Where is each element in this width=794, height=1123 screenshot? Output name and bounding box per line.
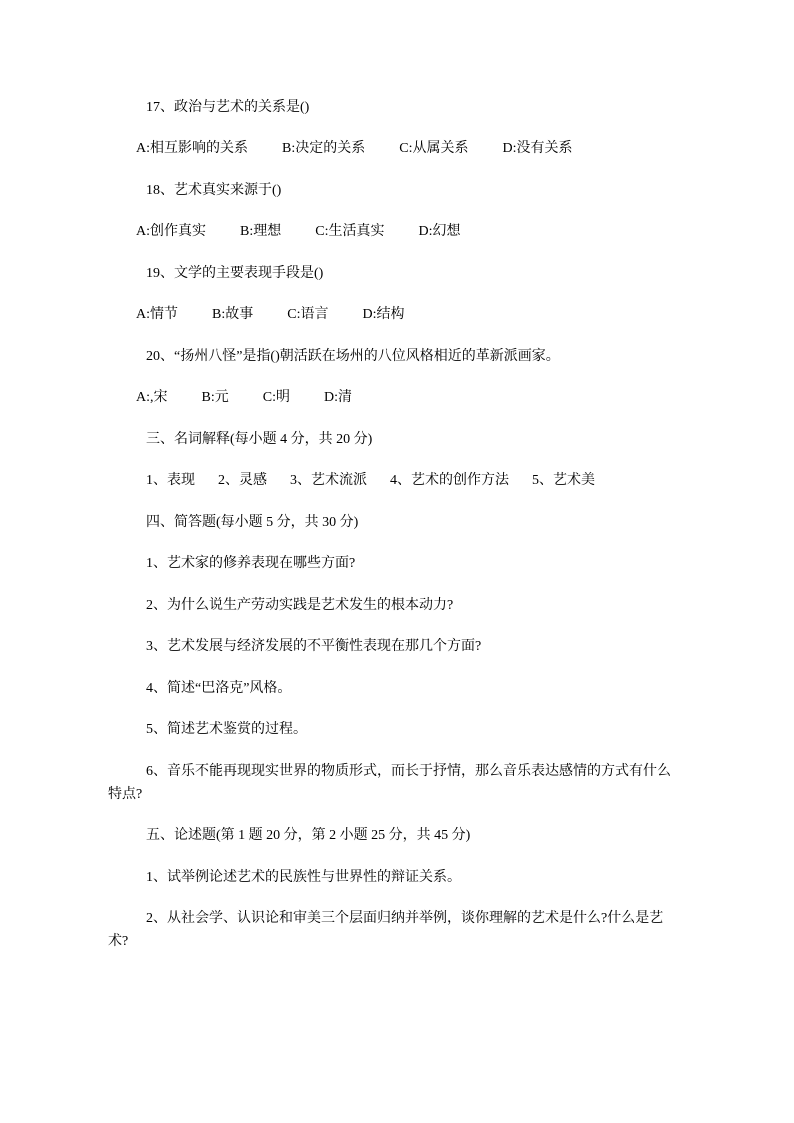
short-answer-question-1: 1、艺术家的修养表现在哪些方面? xyxy=(108,552,674,575)
mc-question-19-stem: 19、文学的主要表现手段是() xyxy=(108,262,674,285)
mc-question-17-options: A:相互影响的关系B:决定的关系C:从属关系D:没有关系 xyxy=(108,137,674,160)
short-answer-question-6: 6、音乐不能再现现实世界的物质形式，而长于抒情，那么音乐表达感情的方式有什么特点… xyxy=(108,760,674,806)
short-answer-question-5: 5、简述艺术鉴赏的过程。 xyxy=(108,718,674,741)
mc-question-20-option-d: D:清 xyxy=(324,390,352,405)
mc-question-20-option-a: A:,宋 xyxy=(136,390,168,405)
mc-question-18-option-c: C:生活真实 xyxy=(315,224,384,239)
short-answer-question-3: 3、艺术发展与经济发展的不平衡性表现在那几个方面? xyxy=(108,635,674,658)
mc-question-20-options: A:,宋B:元C:明D:清 xyxy=(108,386,674,409)
section-four-heading: 四、简答题(每小题 5 分，共 30 分) xyxy=(108,511,674,534)
section-three-terms: 1、表现2、灵感3、艺术流派4、艺术的创作方法5、艺术美 xyxy=(108,469,674,492)
term-4: 4、艺术的创作方法 xyxy=(390,473,509,488)
essay-question-1: 1、试举例论述艺术的民族性与世界性的辩证关系。 xyxy=(108,866,674,889)
mc-question-20-option-b: B:元 xyxy=(202,390,229,405)
mc-question-17-option-b: B:决定的关系 xyxy=(282,141,365,156)
mc-question-20-stem: 20、“扬州八怪”是指()朝活跃在场州的八位风格相近的革新派画家。 xyxy=(108,345,674,368)
mc-question-18-option-b: B:理想 xyxy=(240,224,281,239)
term-2: 2、灵感 xyxy=(218,473,267,488)
term-5: 5、艺术美 xyxy=(532,473,595,488)
mc-question-19-option-a: A:情节 xyxy=(136,307,178,322)
mc-question-17-option-d: D:没有关系 xyxy=(502,141,572,156)
short-answer-question-2: 2、为什么说生产劳动实践是艺术发生的根本动力? xyxy=(108,594,674,617)
mc-question-19-options: A:情节B:故事C:语言D:结构 xyxy=(108,303,674,326)
essay-question-2: 2、从社会学、认识论和审美三个层面归纳并举例，谈你理解的艺术是什么?什么是艺术? xyxy=(108,907,674,953)
mc-question-17-stem: 17、政治与艺术的关系是() xyxy=(108,96,674,119)
mc-question-19-option-c: C:语言 xyxy=(287,307,328,322)
mc-question-19-option-d: D:结构 xyxy=(362,307,404,322)
mc-question-17-option-a: A:相互影响的关系 xyxy=(136,141,248,156)
short-answer-question-4: 4、简述“巴洛克”风格。 xyxy=(108,677,674,700)
term-1: 1、表现 xyxy=(146,473,195,488)
exam-document-page: 17、政治与艺术的关系是() A:相互影响的关系B:决定的关系C:从属关系D:没… xyxy=(0,0,794,1123)
mc-question-17-option-c: C:从属关系 xyxy=(399,141,468,156)
mc-question-18-stem: 18、艺术真实来源于() xyxy=(108,179,674,202)
section-five-heading: 五、论述题(第 1 题 20 分，第 2 小题 25 分，共 45 分) xyxy=(108,824,674,847)
mc-question-18-option-d: D:幻想 xyxy=(418,224,460,239)
mc-question-19-option-b: B:故事 xyxy=(212,307,253,322)
section-three-heading: 三、名词解释(每小题 4 分，共 20 分) xyxy=(108,428,674,451)
mc-question-18-options: A:创作真实B:理想C:生活真实D:幻想 xyxy=(108,220,674,243)
term-3: 3、艺术流派 xyxy=(290,473,367,488)
mc-question-20-option-c: C:明 xyxy=(263,390,290,405)
mc-question-18-option-a: A:创作真实 xyxy=(136,224,206,239)
